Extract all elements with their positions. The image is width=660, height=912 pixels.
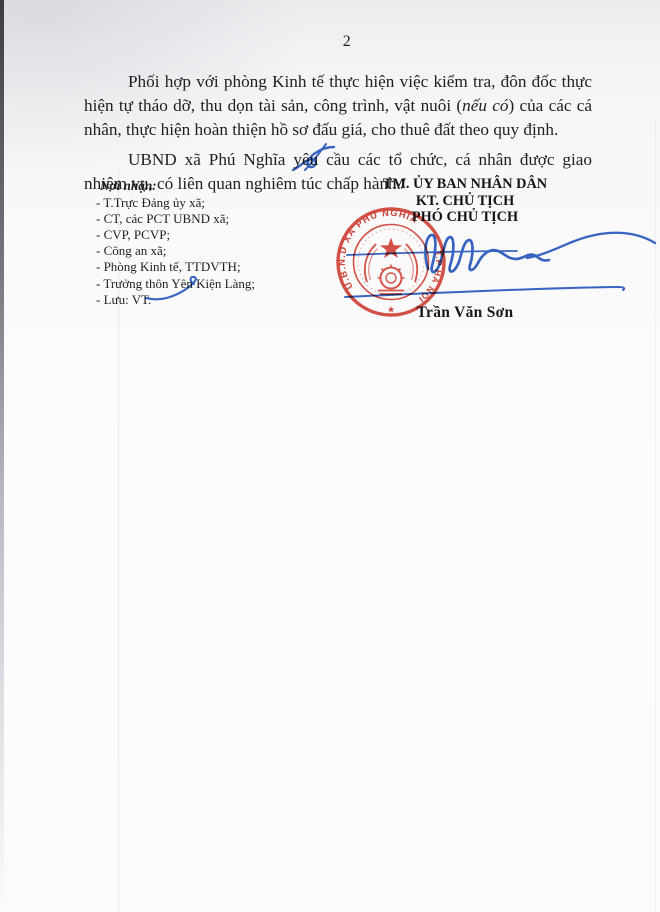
seal-star-icon: ★ [387, 305, 395, 315]
recipient-item: - CVP, PCVP; [96, 227, 326, 243]
national-emblem-icon [358, 229, 424, 295]
page-number: 2 [0, 33, 660, 51]
recipient-item: - Công an xã; [96, 243, 326, 259]
signature-tail-stroke [527, 233, 655, 258]
org-line: TM. ỦY BAN NHÂN DÂN [345, 176, 585, 193]
scan-edge-right [655, 120, 656, 912]
paragraph-1: Phối hợp với phòng Kinh tế thực hiện việ… [84, 70, 592, 143]
svg-text:T.P HÀ NỘI: T.P HÀ NỘI [416, 250, 444, 305]
recipient-item: - Trưởng thôn Yên Kiện Làng; [96, 276, 326, 292]
recipient-item: - Lưu: VT. [96, 292, 326, 308]
recipient-item: - Phòng Kinh tế, TTDVTH; [96, 259, 326, 275]
paragraph-1-italic: nếu có [462, 96, 508, 115]
recipient-item: - T.Trực Đảng ủy xã; [96, 195, 326, 211]
recipient-item: - CT, các PCT UBND xã; [96, 211, 326, 227]
scan-edge-shadow [0, 0, 4, 912]
scanned-document-page: 2 Phối hợp với phòng Kinh tế thực hiện v… [0, 0, 660, 912]
recipients-block: Nơi nhận: - T.Trực Đảng ủy xã; - CT, các… [96, 178, 326, 308]
seal-ring-text-secondary: T.P HÀ NỘI [416, 250, 444, 305]
official-seal-stamp: U.B.N.D XÃ PHÚ NGHĨA T.P HÀ NỘI ★ [333, 204, 449, 320]
recipients-label: Nơi nhận: [100, 178, 326, 194]
